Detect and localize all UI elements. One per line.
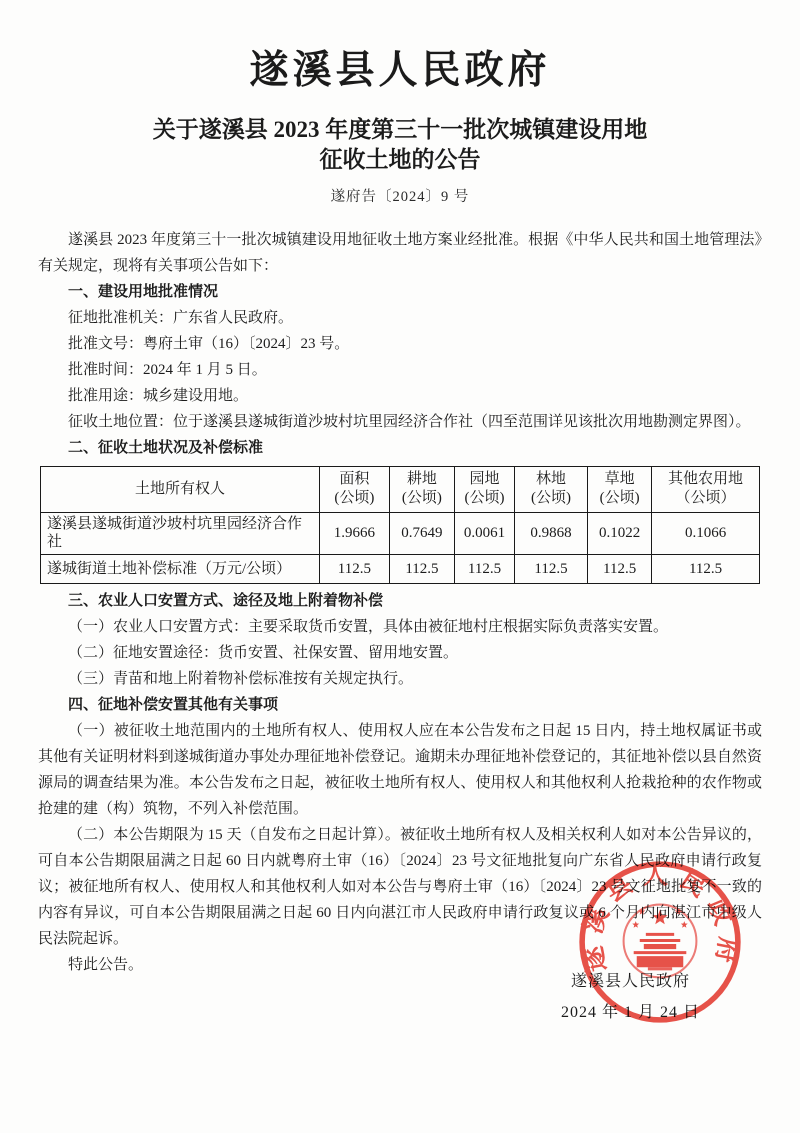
table-cell: 遂溪县遂城街道沙坡村坑里园经济合作社 [41,512,320,555]
national-emblem-icon [624,905,697,978]
table-header-cell: 其他农用地 （公顷） [652,466,760,512]
table-header-cell: 林地 (公顷) [514,466,587,512]
table-cell: 112.5 [389,555,454,584]
paragraph: 遂溪县 2023 年度第三十一批次城镇建设用地征收土地方案业经批准。根据《中华人… [38,227,762,279]
table-row: 遂溪县遂城街道沙坡村坑里园经济合作社1.96660.76490.00610.98… [41,512,760,555]
page-title: 遂溪县人民政府 [0,50,800,93]
paragraph: （三）青苗和地上附着物补偿标准按有关规定执行。 [38,666,762,692]
table-cell: 112.5 [514,555,587,584]
table-cell: 0.1022 [588,512,652,555]
table-cell: 0.7649 [389,512,454,555]
table-header-row: 土地所有权人面积 (公顷)耕地 (公顷)园地 (公顷)林地 (公顷)草地 (公顷… [41,466,760,512]
table-header-cell: 园地 (公顷) [455,466,515,512]
table-cell: 遂城街道土地补偿标准（万元/公顷） [41,555,320,584]
table-cell: 0.9868 [514,512,587,555]
announcement-subtitle: 关于遂溪县 2023 年度第三十一批次城镇建设用地 征收土地的公告 [0,115,800,176]
land-compensation-table: 土地所有权人面积 (公顷)耕地 (公顷)园地 (公顷)林地 (公顷)草地 (公顷… [40,466,760,585]
paragraph: （一）农业人口安置方式：主要采取货币安置，具体由被征地村庄根据实际负责落实安置。 [38,614,762,640]
paragraph: 批准文号：粤府土审（16）〔2024〕23 号。 [38,331,762,357]
paragraph: 征收土地位置：位于遂溪县遂城街道沙坡村坑里园经济合作社（四至范围详见该批次用地勘… [38,409,762,435]
paragraph: 批准用途：城乡建设用地。 [38,383,762,409]
section-heading: 三、农业人口安置方式、途径及地上附着物补偿 [38,588,762,614]
table-header-cell: 耕地 (公顷) [389,466,454,512]
table-cell: 112.5 [652,555,760,584]
subtitle-line-1: 关于遂溪县 2023 年度第三十一批次城镇建设用地 [0,115,800,145]
section-heading: 四、征地补偿安置其他有关事项 [38,692,762,718]
announcement-page: 遂溪县人民政府 关于遂溪县 2023 年度第三十一批次城镇建设用地 征收土地的公… [0,0,800,1133]
paragraph: 征地批准机关：广东省人民政府。 [38,305,762,331]
table-cell: 112.5 [588,555,652,584]
table-cell: 112.5 [319,555,389,584]
paragraph: （二）征地安置途径：货币安置、社保安置、留用地安置。 [38,640,762,666]
official-seal: 遂溪县人民政府 [573,855,747,1029]
table-row: 遂城街道土地补偿标准（万元/公顷）112.5112.5112.5112.5112… [41,555,760,584]
table-cell: 0.0061 [455,512,515,555]
section-heading: 一、建设用地批准情况 [38,279,762,305]
section-heading: 二、征收土地状况及补偿标准 [38,435,762,461]
doc-number: 遂府告〔2024〕9 号 [0,185,800,206]
table-cell: 112.5 [455,555,515,584]
document-header: 遂溪县人民政府 关于遂溪县 2023 年度第三十一批次城镇建设用地 征收土地的公… [0,0,800,206]
table-header-cell: 草地 (公顷) [588,466,652,512]
table-header-cell: 土地所有权人 [41,466,320,512]
table-cell: 1.9666 [319,512,389,555]
table-cell: 0.1066 [652,512,760,555]
paragraph: 批准时间：2024 年 1 月 5 日。 [38,357,762,383]
subtitle-line-2: 征收土地的公告 [0,145,800,175]
table-header-cell: 面积 (公顷) [319,466,389,512]
paragraph: （一）被征收土地范围内的土地所有权人、使用权人应在本公告发布之日起 15 日内，… [38,718,762,822]
